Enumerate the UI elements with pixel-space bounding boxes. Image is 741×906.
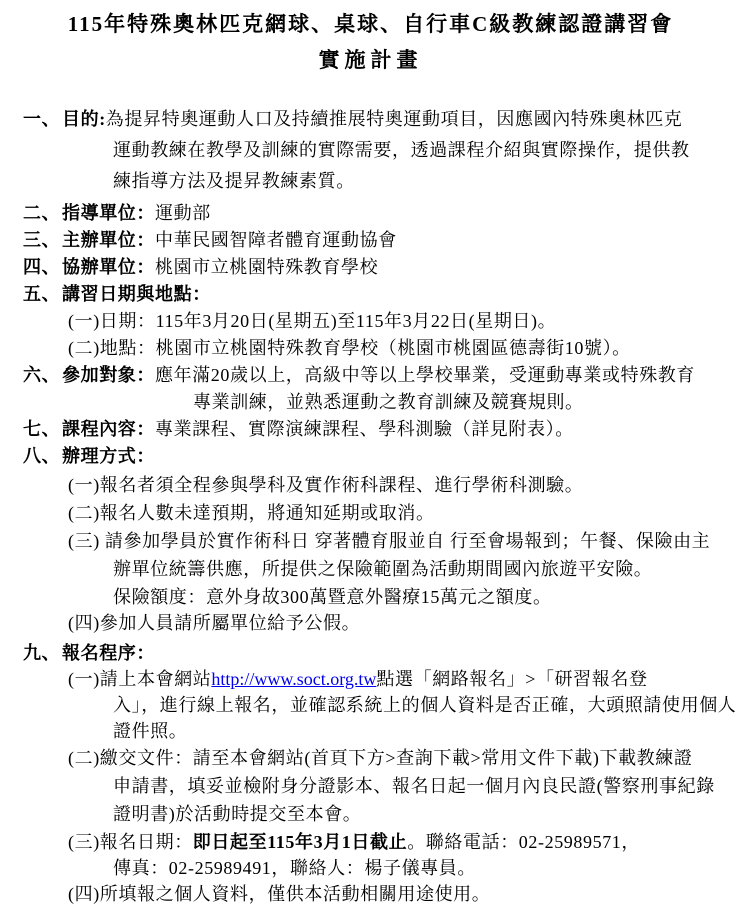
section-heading: 辦理方式： <box>62 446 155 466</box>
section-number: 一、 <box>23 108 62 131</box>
doc-line: 證件照。 <box>113 720 187 743</box>
doc-line: (四)參加人員請所屬單位給予公假。 <box>68 612 360 635</box>
text-segment: 專業課程、實際演練課程、學科測驗（詳見附表）。 <box>155 419 574 439</box>
doc-line: (三) 請參加學員於實作術科日 穿著體育服並自 行至會場報到；午餐、保險由主 <box>68 530 710 553</box>
section-heading: 主辦單位： <box>62 230 155 250</box>
text-segment: (一)報名者須全程參與學科及實作術科課程、進行學術科測驗。 <box>68 475 583 495</box>
doc-line: 傳真：02-25989491，聯絡人：楊子儀專員。 <box>113 857 476 880</box>
page-title: 115年特殊奧林匹克網球、桌球、自行車C級教練認證講習會 <box>0 8 741 38</box>
text-segment: 點選「網路報名」>「研習報名登 <box>376 669 647 689</box>
text-segment: (二)繳交文件：請至本會網站(首頁下方>查詢下載>常用文件下載)下載教練證 <box>68 748 692 768</box>
doc-line: 運動教練在教學及訓練的實際需要，透過課程介紹與實際操作，提供教 <box>113 139 690 162</box>
section-5-date-place: 五、講習日期與地點： <box>23 283 211 306</box>
section-number: 五、 <box>23 283 62 306</box>
text-segment: (二)地點：桃園市立桃園特殊教育學校（桃園市桃園區德壽街10號）。 <box>68 338 631 358</box>
document-page: 115年特殊奧林匹克網球、桌球、自行車C級教練認證講習會 實施計畫 一、目的:為… <box>0 0 741 906</box>
section-7-curriculum: 七、課程內容：專業課程、實際演練課程、學科測驗（詳見附表）。 <box>23 418 574 441</box>
page-subtitle: 實施計畫 <box>0 44 741 74</box>
doc-line: (一)日期：115年3月20日(星期五)至115年3月22日(星期日)。 <box>68 310 556 333</box>
text-segment: 證件照。 <box>113 721 187 741</box>
section-9-registration: 九、報名程序： <box>23 642 155 665</box>
text-segment: (三)報名日期： <box>68 832 193 852</box>
text-segment: 保險額度：意外身故300萬暨意外醫療15萬元之額度。 <box>113 587 552 607</box>
section-3-organizer: 三、主辦單位：中華民國智障者體育運動協會 <box>23 229 397 252</box>
section-4-coorganizer: 四、協辦單位：桃園市立桃園特殊教育學校 <box>23 256 378 279</box>
section-number: 二、 <box>23 202 62 225</box>
text-segment: 證明書)於活動時提交至本會。 <box>113 804 361 824</box>
doc-line: (三)報名日期：即日起至115年3月1日截止。聯絡電話：02-25989571， <box>68 831 640 854</box>
text-segment: (三) 請參加學員於實作術科日 穿著體育服並自 行至會場報到；午餐、保險由主 <box>68 531 710 551</box>
text-segment: (一)請上本會網站 <box>68 669 211 689</box>
text-segment: 為提昇特奧運動人口及持續推展特奧運動項目，因應國內特殊奧林匹克 <box>106 109 683 129</box>
doc-line: (四)所填報之個人資料，僅供本活動相關用途使用。 <box>68 883 490 906</box>
text-segment: (一)日期：115年3月20日(星期五)至115年3月22日(星期日)。 <box>68 311 556 331</box>
text-segment: 應年滿20歲以上，高級中等以上學校畢業，受運動專業或特殊教育 <box>155 365 695 385</box>
section-heading: 指導單位： <box>62 203 155 223</box>
text-segment: 運動教練在教學及訓練的實際需要，透過課程介紹與實際操作，提供教 <box>113 140 690 160</box>
text-segment: 入」，進行線上報名，並確認系統上的個人資料是否正確，大頭照請使用個人 <box>113 695 736 715</box>
text-segment: 專業訓練，並熟悉運動之教育訓練及競賽規則。 <box>193 392 584 412</box>
section-2-supervisor: 二、指導單位：運動部 <box>23 202 211 225</box>
section-heading: 課程內容： <box>62 419 155 439</box>
section-number: 六、 <box>23 364 62 387</box>
text-segment: 。聯絡電話：02-25989571， <box>407 832 640 852</box>
doc-line: 保險額度：意外身故300萬暨意外醫療15萬元之額度。 <box>113 586 552 609</box>
text-segment: (四)參加人員請所屬單位給予公假。 <box>68 613 360 633</box>
section-number: 八、 <box>23 445 62 468</box>
text-segment: 中華民國智障者體育運動協會 <box>155 230 397 250</box>
text-segment: (四)所填報之個人資料，僅供本活動相關用途使用。 <box>68 884 490 904</box>
doc-line: (一)報名者須全程參與學科及實作術科課程、進行學術科測驗。 <box>68 474 583 497</box>
doc-line: 申請書，填妥並檢附身分證影本、報名日起一個月內良民證(警察刑事紀錄 <box>113 775 715 798</box>
text-segment: 運動部 <box>155 203 211 223</box>
doc-line: 辦單位統籌供應，所提供之保險範圍為活動期間國內旅遊平安險。 <box>113 558 652 581</box>
doc-line: 入」，進行線上報名，並確認系統上的個人資料是否正確，大頭照請使用個人 <box>113 694 736 717</box>
section-number: 三、 <box>23 229 62 252</box>
doc-line: 專業訓練，並熟悉運動之教育訓練及競賽規則。 <box>193 391 584 414</box>
section-number: 四、 <box>23 256 62 279</box>
text-segment: 辦單位統籌供應，所提供之保險範圍為活動期間國內旅遊平安險。 <box>113 559 652 579</box>
text-segment: 練指導方法及提昇教練素質。 <box>113 171 355 191</box>
section-heading: 報名程序： <box>62 643 155 663</box>
doc-line: (二)繳交文件：請至本會網站(首頁下方>查詢下載>常用文件下載)下載教練證 <box>68 747 692 770</box>
section-heading: 協辦單位： <box>62 257 155 277</box>
section-8-method: 八、辦理方式： <box>23 445 155 468</box>
section-1-purpose: 一、目的:為提昇特奧運動人口及持續推展特奧運動項目，因應國內特殊奧林匹克 <box>23 108 682 131</box>
section-number: 九、 <box>23 642 62 665</box>
doc-line: (二)地點：桃園市立桃園特殊教育學校（桃園市桃園區德壽街10號）。 <box>68 337 631 360</box>
text-segment: 桃園市立桃園特殊教育學校 <box>155 257 378 277</box>
section-heading: 參加對象： <box>62 365 155 385</box>
doc-line: (一)請上本會網站http://www.soct.org.tw點選「網路報名」>… <box>68 668 648 691</box>
text-segment: (二)報名人數未達預期，將通知延期或取消。 <box>68 503 435 523</box>
section-6-participants: 六、參加對象：應年滿20歲以上，高級中等以上學校畢業，受運動專業或特殊教育 <box>23 364 695 387</box>
doc-line: (二)報名人數未達預期，將通知延期或取消。 <box>68 502 435 525</box>
text-segment: 申請書，填妥並檢附身分證影本、報名日起一個月內良民證(警察刑事紀錄 <box>113 776 715 796</box>
section-heading: 目的: <box>62 109 106 129</box>
doc-line: 證明書)於活動時提交至本會。 <box>113 803 361 826</box>
text-segment: 即日起至115年3月1日截止 <box>193 832 407 852</box>
text-segment: 傳真：02-25989491，聯絡人：楊子儀專員。 <box>113 858 476 878</box>
website-link[interactable]: http://www.soct.org.tw <box>211 669 376 689</box>
doc-line: 練指導方法及提昇教練素質。 <box>113 170 355 193</box>
section-heading: 講習日期與地點： <box>62 284 211 304</box>
section-number: 七、 <box>23 418 62 441</box>
